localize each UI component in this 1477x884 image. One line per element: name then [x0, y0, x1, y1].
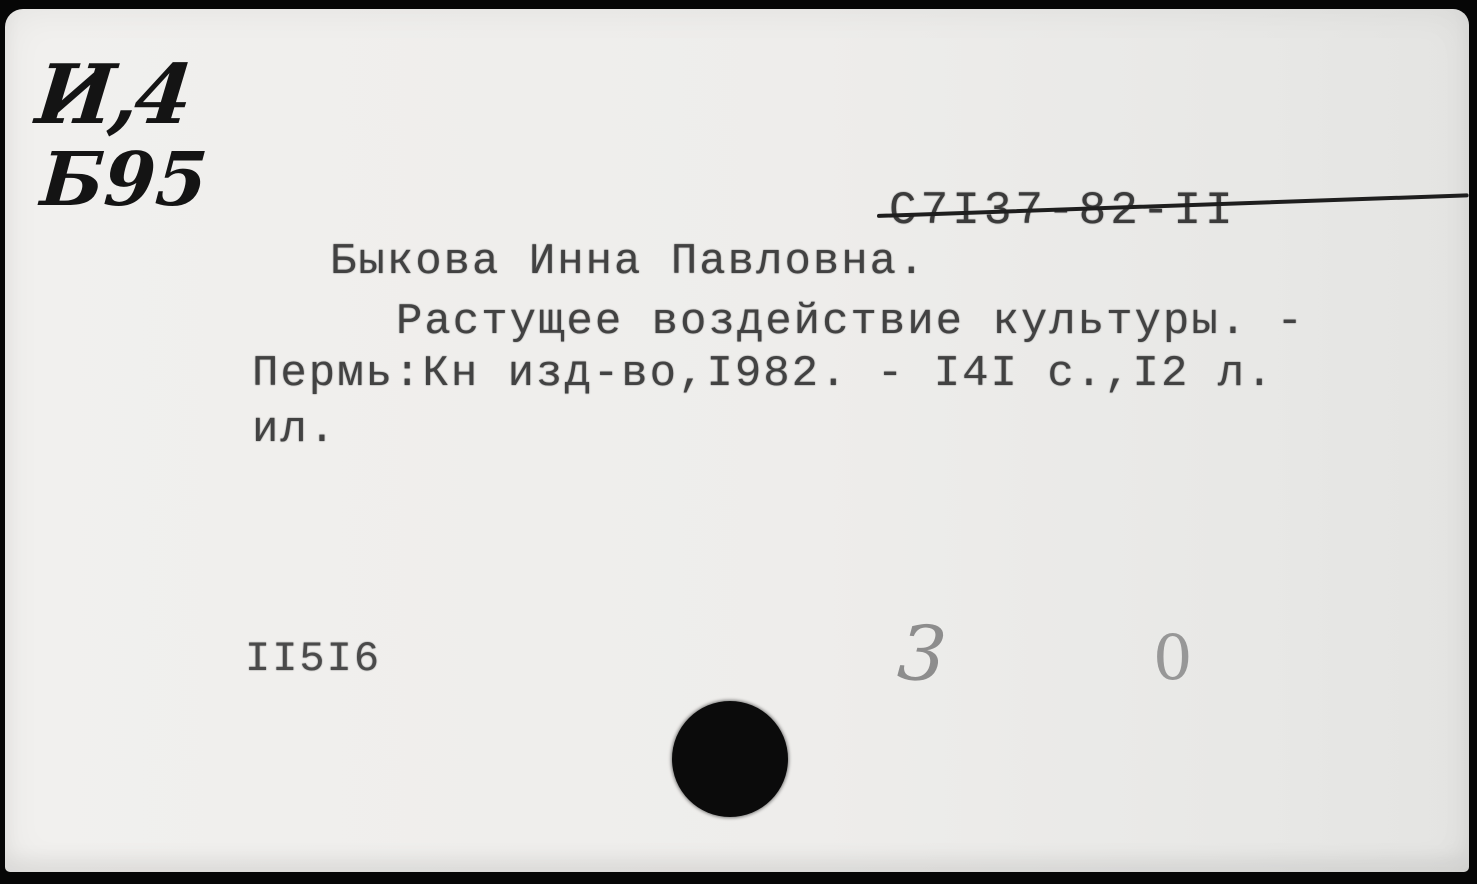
- call-number-class: И,4: [32, 47, 193, 143]
- hole-punch-mark: [672, 701, 788, 817]
- author-heading: Быкова Инна Павловна.: [330, 237, 927, 287]
- handwritten-number-center: 3: [895, 607, 949, 699]
- catalog-card: И,4 Б95 С7I37-82-II Быкова Инна Павловна…: [5, 9, 1469, 872]
- call-number-cutter: Б95: [38, 137, 210, 223]
- imprint-collation: Пермь:Кн изд-во,I982. - I4I с.,I2 л.: [252, 349, 1275, 399]
- title-statement: Растущее воздействие культуры. -: [396, 297, 1305, 347]
- scan-frame: И,4 Б95 С7I37-82-II Быкова Инна Павловна…: [0, 0, 1477, 884]
- handwritten-number-right: 0: [1153, 621, 1192, 694]
- accession-number: II5I6: [245, 635, 381, 683]
- imprint-collation-continuation: ил.: [252, 405, 337, 455]
